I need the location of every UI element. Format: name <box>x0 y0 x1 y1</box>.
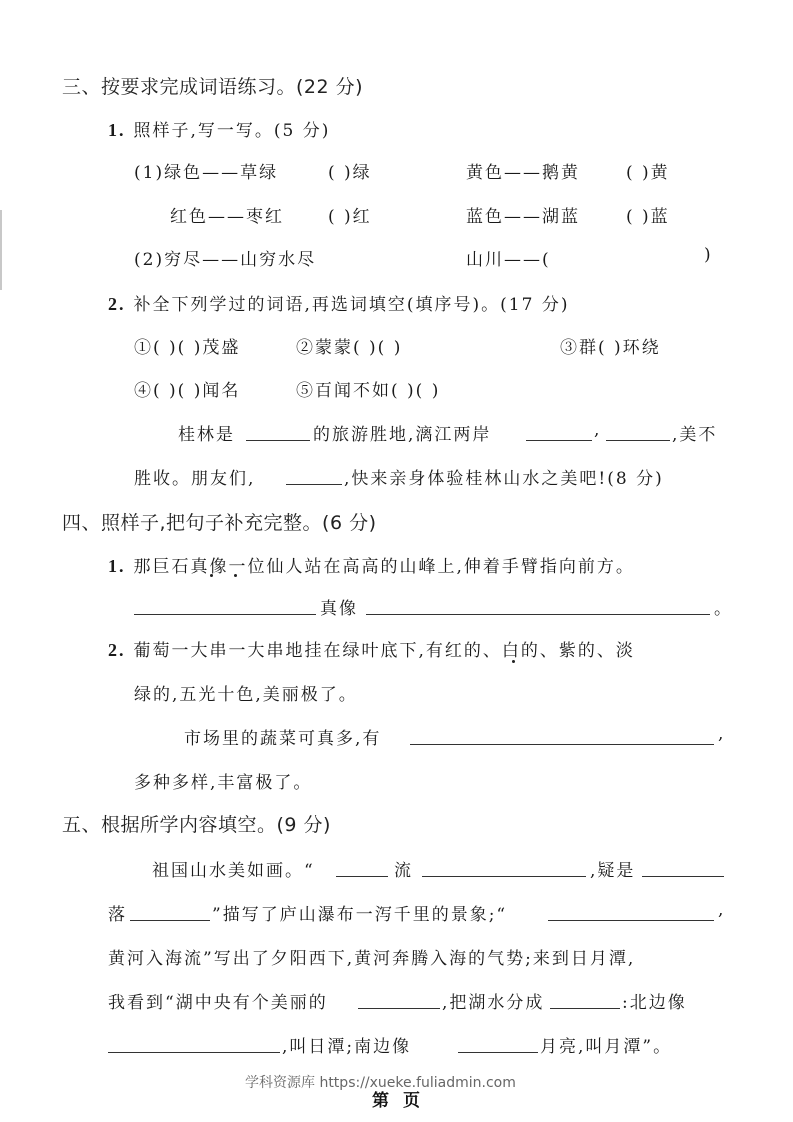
emphasis-dot <box>234 574 237 577</box>
section-4-title: 四、照样子,把句子补充完整。(6 分) <box>62 508 377 535</box>
blank-line[interactable] <box>606 440 670 441</box>
question-number: 1. <box>108 120 126 140</box>
s3-q1-row1b: 黄色——鹅黄 <box>466 158 580 183</box>
blank-line[interactable] <box>134 614 316 615</box>
s4-q1-end: 。 <box>714 594 733 619</box>
s5-l2-a: 落 <box>108 900 127 925</box>
s3-q1-row1a: (1)绿色——草绿 <box>134 158 278 183</box>
question-text: 那巨石真像一位仙人站在高高的山峰上,伸着手臂指向前方。 <box>134 557 635 577</box>
s4-q2-fill-b: , <box>718 724 725 744</box>
s3-q2-item4[interactable]: ④( )( )闻名 <box>134 376 240 401</box>
s4-q2-sentence-l1: 2.葡萄一大串一大串地挂在绿叶底下,有红的、白的、紫的、淡 <box>108 636 635 661</box>
blank-line[interactable] <box>422 876 586 877</box>
s3-q2-item2[interactable]: ②蒙蒙( )( ) <box>296 333 402 358</box>
blank-line[interactable] <box>246 440 310 441</box>
question-text: 葡萄一大串一大串地挂在绿叶底下,有红的、白的、紫的、淡 <box>134 641 635 661</box>
s3-q1-blank-lv[interactable]: ( )绿 <box>328 158 372 183</box>
emphasis-dot <box>210 574 213 577</box>
s3-q1-blank-huang[interactable]: ( )黄 <box>626 158 670 183</box>
s3-q2-p1c: , <box>594 420 601 440</box>
question-number: 2. <box>108 640 126 660</box>
s3-q1-blank-hong[interactable]: ( )红 <box>328 202 372 227</box>
s3-q2-p1a: 桂林是 <box>178 420 235 445</box>
s3-q1-row3a: (2)穷尽——山穷水尽 <box>134 245 316 270</box>
blank-line[interactable] <box>108 1052 280 1053</box>
s3-q1-blank-lan[interactable]: ( )蓝 <box>626 202 670 227</box>
s3-q1-row3b[interactable]: 山川——( <box>466 245 551 270</box>
question-number: 1. <box>108 556 126 576</box>
s3-q2-item3[interactable]: ③群( )环绕 <box>560 333 661 358</box>
scan-edge-mark <box>0 210 2 290</box>
blank-line[interactable] <box>526 440 592 441</box>
s4-q2-fill-a: 市场里的蔬菜可真多,有 <box>184 724 381 749</box>
s3-q1-row2a: 红色——枣红 <box>170 202 284 227</box>
s5-l4-b: ,把湖水分成 <box>442 988 544 1013</box>
s4-q1-sentence: 1.那巨石真像一位仙人站在高高的山峰上,伸着手臂指向前方。 <box>108 552 635 577</box>
blank-line[interactable] <box>366 614 710 615</box>
s5-l4-c: :北边像 <box>622 988 687 1013</box>
s5-l1-b: 流 <box>394 856 413 881</box>
s3-q2-p2b: ,快来亲身体验桂林山水之美吧!(8 分) <box>344 464 664 489</box>
blank-line[interactable] <box>358 1008 440 1009</box>
s3-q1-prompt: 1.照样子,写一写。(5 分) <box>108 116 330 141</box>
s3-q2-item5[interactable]: ⑤百闻不如( )( ) <box>296 376 440 401</box>
s3-q2-prompt: 2.补全下列学过的词语,再选词填空(填序号)。(17 分) <box>108 290 569 315</box>
s5-l5-a: ,叫日潭;南边像 <box>282 1032 411 1057</box>
blank-line[interactable] <box>410 744 714 745</box>
s5-l2-b: ”描写了庐山瀑布一泻千里的景象;“ <box>212 900 507 925</box>
s4-q2-sentence-l2: 绿的,五光十色,美丽极了。 <box>134 680 358 705</box>
s5-l1-c: ,疑是 <box>590 856 635 881</box>
section-3-title: 三、按要求完成词语练习。(22 分) <box>62 72 363 99</box>
s4-q1-middle: 真像 <box>320 594 358 619</box>
s5-l4-a: 我看到“湖中央有个美丽的 <box>108 988 328 1013</box>
blank-line[interactable] <box>130 920 210 921</box>
blank-line[interactable] <box>458 1052 538 1053</box>
emphasis-dot <box>512 660 515 663</box>
s3-q2-p2a: 胜收。朋友们, <box>134 464 255 489</box>
blank-line[interactable] <box>336 876 388 877</box>
s5-l3: 黄河入海流”写出了夕阳西下,黄河奔腾入海的气势;来到日月潭, <box>108 944 635 969</box>
s3-q2-item1[interactable]: ①( )( )茂盛 <box>134 333 240 358</box>
question-text: 补全下列学过的词语,再选词填空(填序号)。(17 分) <box>134 295 570 315</box>
blank-line[interactable] <box>642 876 724 877</box>
s5-l5-b: 月亮,叫月潭”。 <box>540 1032 672 1057</box>
question-number: 2. <box>108 294 126 314</box>
blank-line[interactable] <box>550 1008 620 1009</box>
page-number: 第页 <box>372 1086 434 1111</box>
s5-l2-c: , <box>718 900 725 920</box>
s4-q2-fill-l2: 多种多样,丰富极了。 <box>134 768 312 793</box>
question-text: 照样子,写一写。(5 分) <box>134 121 331 141</box>
section-5-title: 五、根据所学内容填空。(9 分) <box>62 810 331 837</box>
blank-line[interactable] <box>286 484 342 485</box>
s5-l1-a: 祖国山水美如画。“ <box>152 856 315 881</box>
s3-q1-row3b-close: ) <box>704 245 713 265</box>
s3-q2-p1b: 的旅游胜地,漓江两岸 <box>313 420 491 445</box>
s3-q1-row2b: 蓝色——湖蓝 <box>466 202 580 227</box>
s3-q2-p1d: ,美不 <box>672 420 717 445</box>
blank-line[interactable] <box>548 920 714 921</box>
